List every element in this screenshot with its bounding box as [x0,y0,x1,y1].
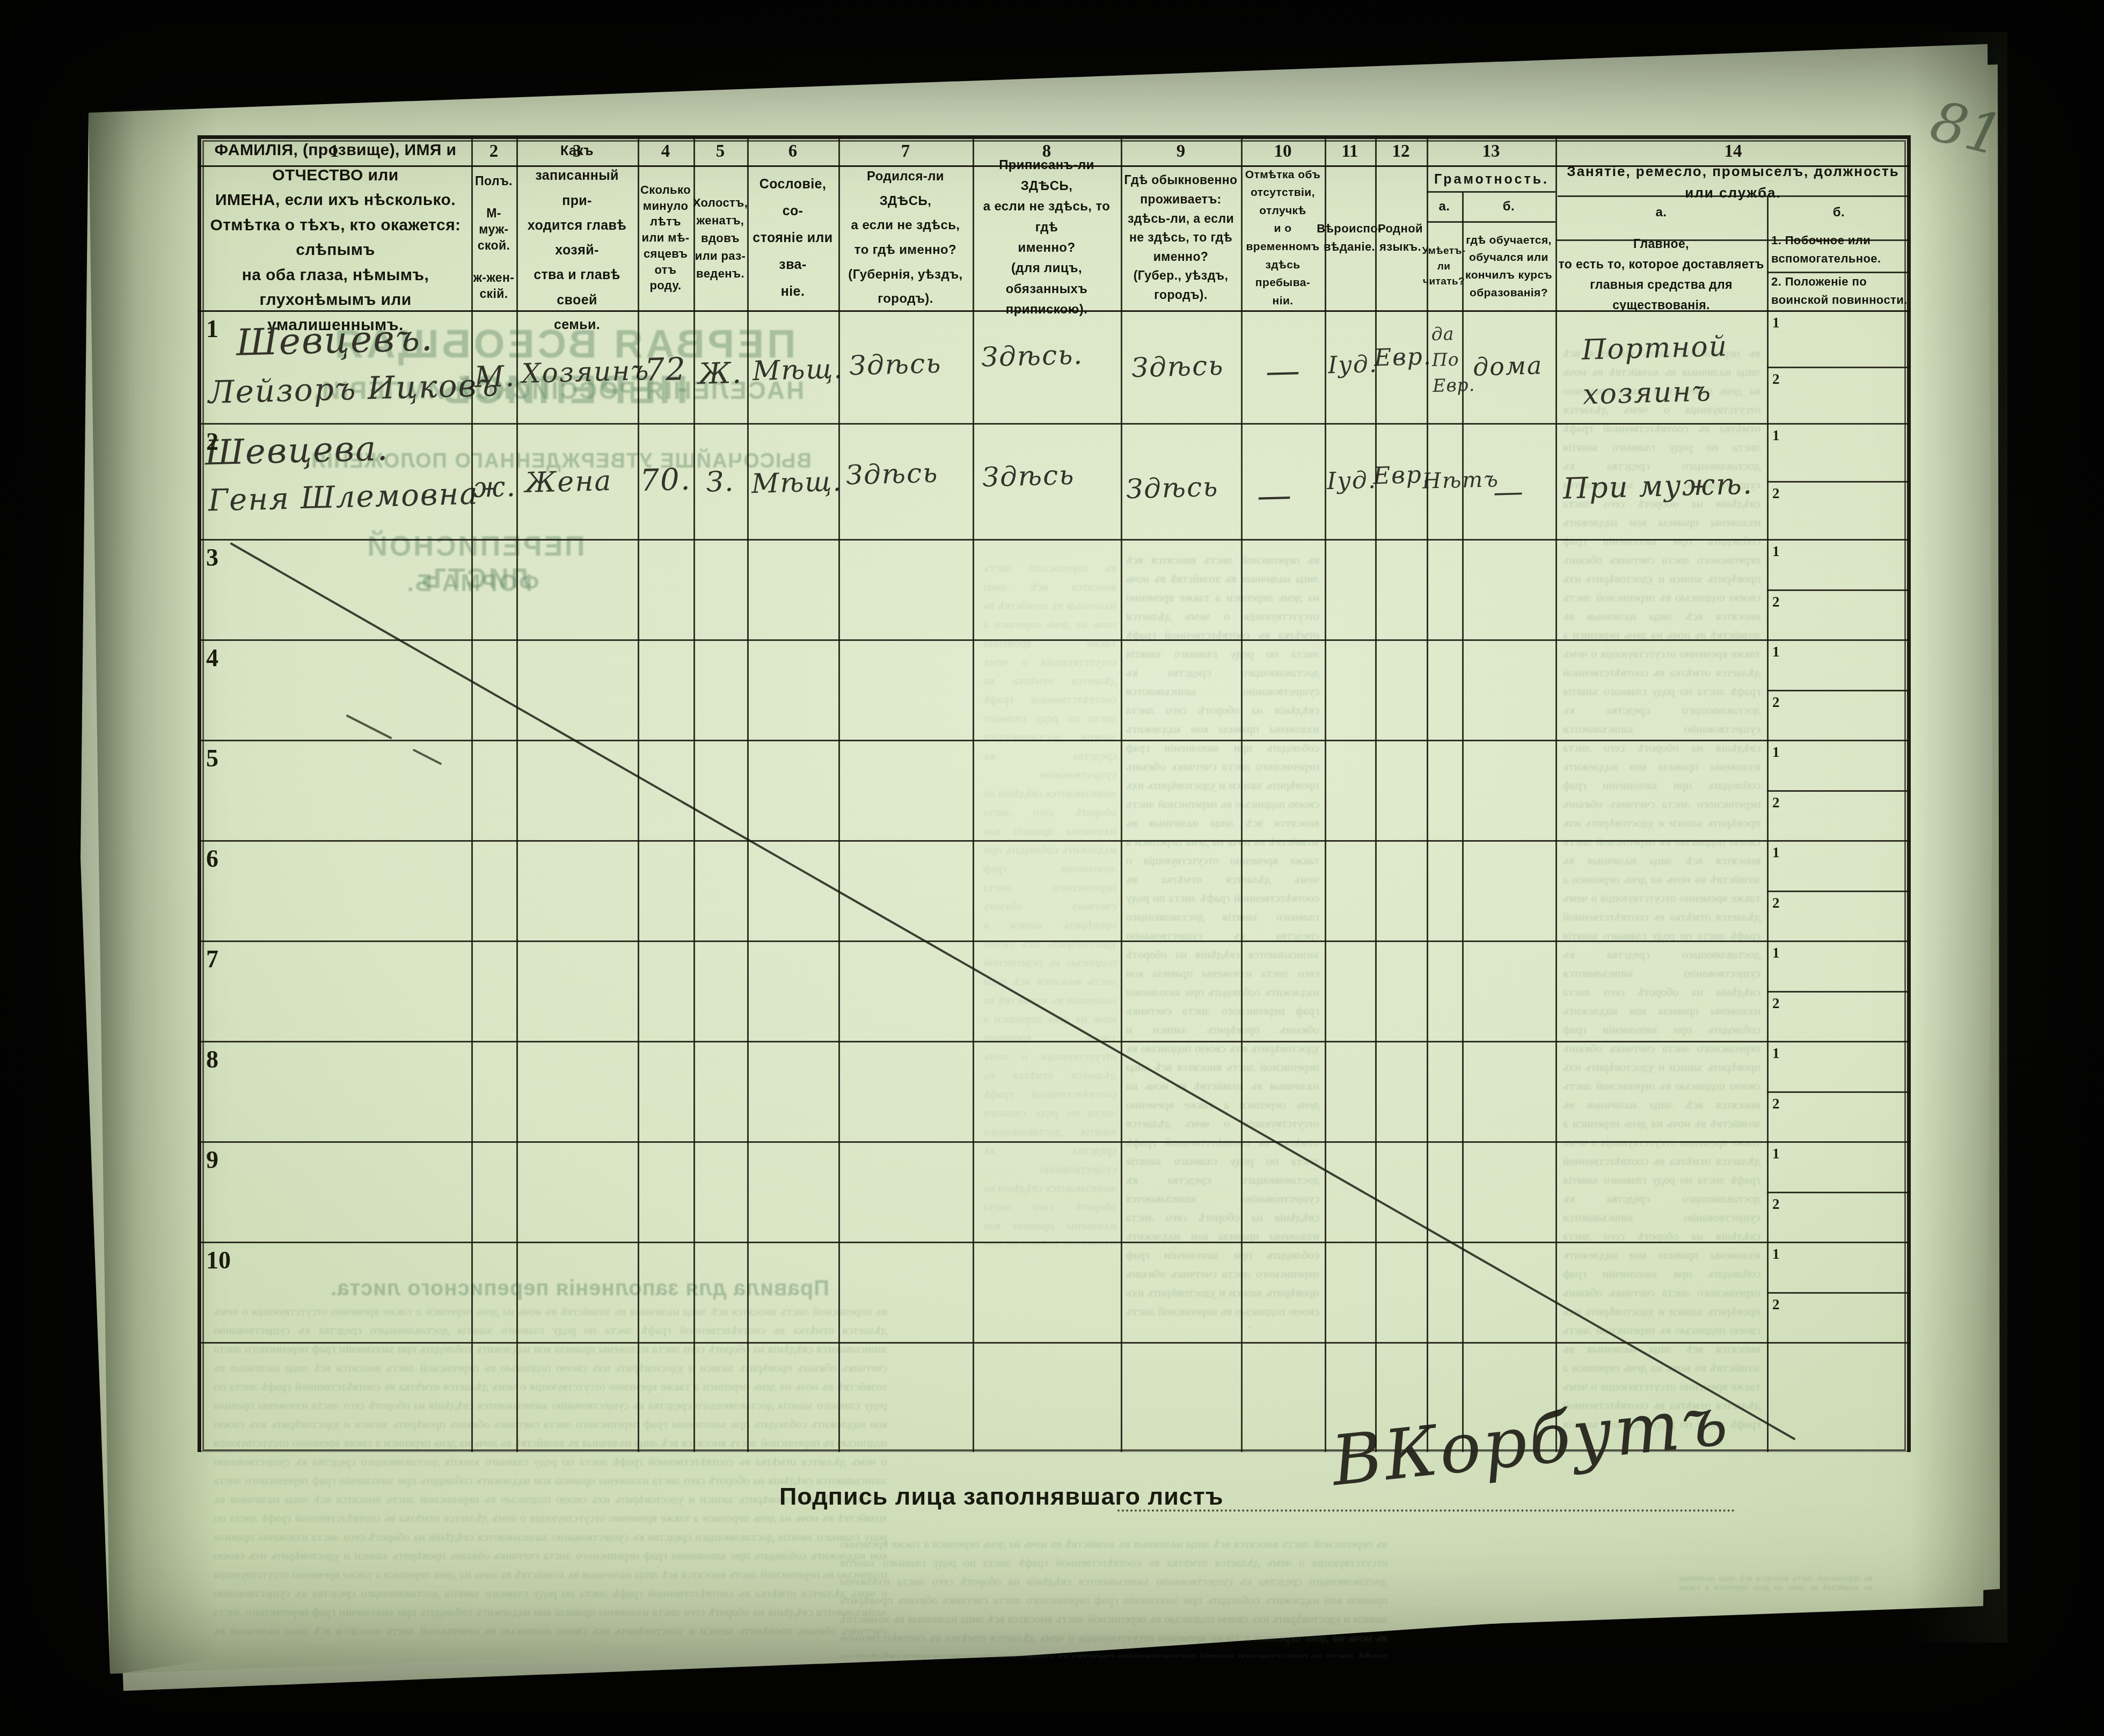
row-number: 6 [206,844,218,873]
entry-1-education: дома [1472,350,1543,383]
column-number: 11 [1325,138,1375,164]
header-col-1: ФАМИЛІЯ, (прозвище), ИМЯ и ОТЧЕСТВО или … [204,167,467,308]
ghost-bleedthrough-text: въ переписной листъ вносятся всѣ лица на… [840,1534,1387,1658]
table-grid-line [1121,135,1122,1452]
table-grid-line [1767,196,1769,1452]
table-grid-line [198,1342,1911,1344]
table-grid-line [198,1242,1911,1243]
entry-2-estate: Мѣщ. [751,465,843,501]
header-col-13-title: Грамотность. [1428,167,1555,191]
column-number: 1 [198,138,471,164]
table-grid-line [198,1041,1911,1042]
subrow-label: 1 [1772,844,1780,861]
entry-1-name: Лейзоръ Ицковъ [208,366,500,412]
header-col-14-title: Занятіе, ремесло, промыселъ, должность и… [1558,170,1909,194]
subrow-label: 2 [1772,794,1780,811]
table-grid-line [1767,991,1911,993]
row-number: 7 [206,945,218,973]
table-grid-line [1558,195,1911,197]
header-col-5: Холостъ, женатъ, вдовъ или раз- веденъ. [695,167,746,308]
page-edge-shadow [1911,32,2007,1643]
table-grid-line [1767,1292,1911,1294]
header-col-2: Полъ. М-муж- ской. ж-жен- скій. [472,167,515,308]
subrow-label: 2 [1772,1296,1780,1313]
entry-1-relation: Хозяинъ [521,354,650,391]
table-grid-line [638,135,639,1452]
row-number: 3 [206,543,218,572]
table-grid-line [1767,367,1911,368]
table-grid-line [1427,191,1555,193]
entry-2-relation: Жена [524,464,612,501]
column-number: 4 [638,138,693,164]
entry-1-sex: М. [472,358,518,396]
entry-1-language: Евр. [1374,342,1432,373]
entry-1-age: 72 [637,349,694,390]
subrow-label: 2 [1772,1096,1780,1112]
entry-1-born: Здѣсь [849,347,942,383]
header-col-8: Приписанъ-ли ЗДѢСЬ, а если не здѣсь, то … [975,167,1119,308]
header-col-6: Сословіе, со- стояніе или зва- ніе. [749,167,836,308]
table-grid-line [693,135,695,1452]
entry-1-surname: Шевцевъ. [236,315,434,366]
entry-1-registered: Здѣсь. [981,338,1084,374]
row-number: 9 [206,1146,218,1174]
subrow-label: 1 [1772,1246,1780,1263]
table-grid-line [1767,891,1911,892]
table-grid-line [1375,135,1377,1452]
table-grid-line [198,740,1911,741]
table-grid-line [1767,272,1911,273]
header-col-11: Вѣроиспо- вѣданіе. [1326,167,1373,308]
entry-1-religion: Іуд. [1327,349,1378,380]
row-number: 1 [206,315,218,343]
subrow-label: 2 [1772,694,1780,711]
ghost-printer-imprint: въ переписной листъ вносятся всѣ лица на… [1679,1574,1872,1592]
header-col-7: Родился-ли ЗДѢСЬ, а если не здѣсь, то гд… [841,167,970,308]
subrow-label: 1 [1772,1146,1780,1162]
entry-2-age: 70. [637,461,694,500]
entry-1-marital: Ж. [693,355,748,392]
table-label [198,165,1911,167]
column-number: 2 [471,138,516,164]
header-col-4: Сколько минуло лѣтъ или мѣ- сяцевъ отъ р… [639,167,692,308]
subrow-label: 2 [1772,371,1780,388]
entry-2-education: — [1463,472,1555,512]
table-grid-line [198,539,1911,541]
column-number: 5 [693,138,747,164]
column-number: 14 [1555,138,1911,164]
subrow-label: 2 [1772,995,1780,1012]
row-number: 5 [206,744,218,772]
table-grid-line [516,135,518,1452]
table-grid-line [1325,135,1326,1452]
column-number: 9 [1121,138,1241,164]
subrow-label: 1 [1772,1045,1780,1062]
table-grid-line [1767,589,1911,591]
header-col-12: Родной языкъ. [1376,167,1424,308]
table-grid-line [973,135,974,1452]
table-grid-line [1767,481,1911,483]
header-col-14a-label: а. [1558,198,1765,228]
table-grid-line [198,423,1911,425]
entry-1-literacy: да По Евр. [1431,320,1475,399]
column-number: 7 [838,138,973,164]
entry-2-registered: Здѣсь [982,458,1075,494]
entry-2-sex: ж. [472,470,518,506]
table-grid-line [198,940,1911,942]
subrow-label: 2 [1772,1196,1780,1213]
table-label [198,310,1911,312]
header-col-14a: Главное, то есть то, которое доставляетъ… [1558,242,1765,308]
column-number: 12 [1375,138,1427,164]
entry-2-born: Здѣсь [845,456,939,492]
entry-2-name: Геня Шлемовна [208,475,479,520]
subrow-label: 2 [1772,895,1780,911]
column-number: 3 [516,138,638,164]
entry-1-estate: Мѣщ. [752,352,844,388]
subrow-label: 1 [1772,427,1780,444]
entry-2-resides: Здѣсь [1126,470,1219,506]
subrow-label: 1 [1772,945,1780,961]
table-grid-line [471,135,473,1452]
header-col-13b-label: б. [1463,193,1554,220]
table-grid-line [1555,239,1911,241]
column-number: 13 [1427,138,1555,164]
entry-1-resides: Здѣсь [1131,349,1224,385]
entry-1-occupation: Портной хозяинъ [1581,324,1730,417]
entry-2-absence: — [1234,473,1316,519]
header-col-14b2: 2. Положеніе по воинской повинности. [1771,274,1909,308]
table-grid-line [747,135,749,1452]
subrow-label: 1 [1772,543,1780,560]
entry-1-absence: — [1243,349,1324,394]
table-grid-line [1767,1091,1911,1093]
header-col-10: Отмѣтка объ отсутствіи, отлучкѣ и о врем… [1243,167,1323,308]
row-number: 2 [206,427,218,456]
table-grid-line [838,135,840,1452]
signature-label: Подпись лица заполнявшаго листъ [779,1483,1224,1511]
signature-dotted-line [1117,1509,1735,1512]
table-grid-line [198,1141,1911,1143]
table-grid-line [1427,135,1428,1452]
table-grid-line [198,840,1911,842]
entry-2-religion: Іуд. [1326,465,1377,496]
table-grid-line [1767,690,1911,691]
header-col-3: Какъ записанный при- ходится главѣ хозяй… [518,167,635,308]
table-grid-line [1462,192,1464,1452]
table-grid-line [198,1450,1911,1452]
header-col-14b1: 1. Побочное или вспомогательное. [1771,230,1909,269]
row-number: 4 [206,644,218,672]
table-grid-line [1427,221,1555,223]
table-grid-line [1767,790,1911,792]
row-number: 10 [206,1246,231,1274]
subrow-label: 1 [1772,644,1780,660]
column-number: 6 [747,138,838,164]
entry-2-occupation: При мужѣ. [1562,465,1754,507]
entry-2-surname: Шевцева. [204,427,389,475]
subrow-label: 1 [1772,744,1780,761]
table-grid-line [1767,1192,1911,1193]
header-col-13a-label: а. [1428,193,1461,220]
table-grid-line [198,639,1911,641]
subrow-label: 2 [1772,594,1780,610]
entry-2-marital: З. [693,464,748,501]
row-number: 8 [206,1045,218,1074]
header-col-13a: Умѣетъ- ли читать? [1427,224,1461,309]
subrow-label: 1 [1772,315,1780,331]
header-col-9: Гдѣ обыкновенно проживаетъ: здѣсь-ли, а … [1123,167,1239,308]
table-grid-line [1241,135,1243,1452]
subrow-label: 2 [1772,485,1780,502]
column-number: 10 [1241,138,1325,164]
column-number: 8 [973,138,1121,164]
header-col-13b: гдѣ обучается, обучался или кончилъ курс… [1463,224,1554,309]
census-scan-page: { "page": { "number": "81" }, "table": {… [0,0,2104,1736]
header-col-14b-label: б. [1769,198,1909,228]
table-grid-line [1555,135,1557,1452]
